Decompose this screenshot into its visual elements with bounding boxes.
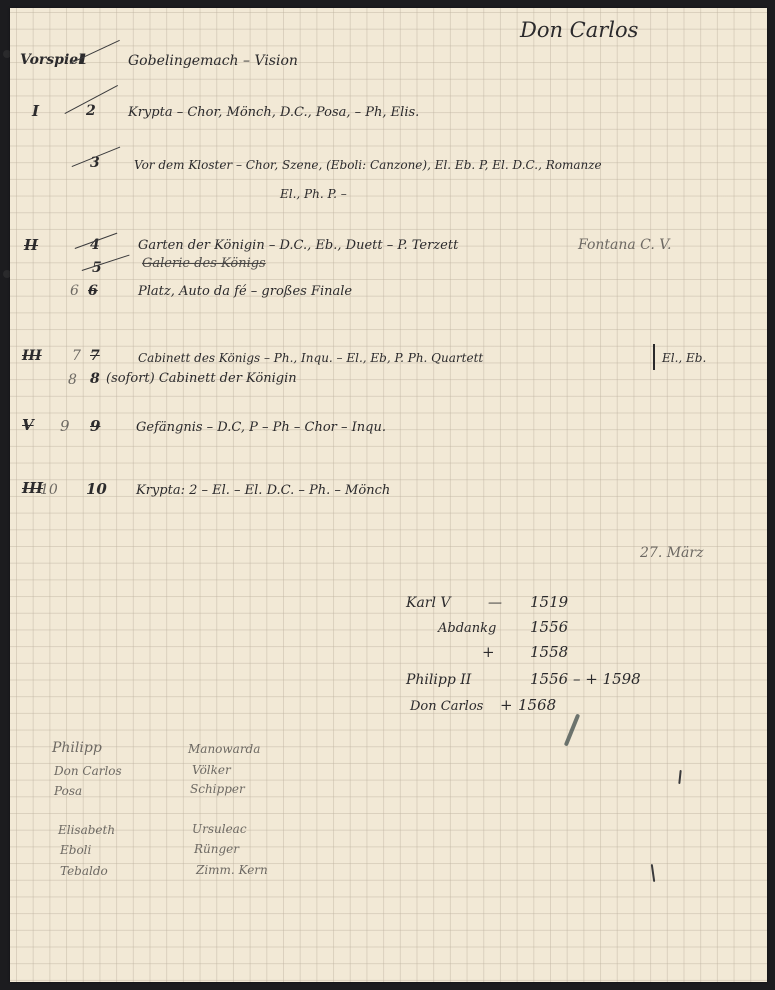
scene-number: 2 bbox=[86, 104, 96, 118]
scene-text: Gefängnis – D.C, P – Ph – Chor – Inqu. bbox=[136, 421, 386, 434]
scene-text: Garten der Königin – D.C., Eb., Duett – … bbox=[138, 239, 458, 252]
chronology-label: Philipp II bbox=[406, 673, 471, 687]
cast-singer: Völker bbox=[192, 764, 231, 776]
chronology-label: Abdankg bbox=[438, 622, 496, 635]
scene-text: Cabinett des Königs – Ph., Inqu. – El., … bbox=[138, 352, 483, 364]
scene-number-pencil: 9 bbox=[60, 419, 70, 434]
chronology-label: Don Carlos bbox=[410, 700, 483, 713]
scene-text: Vor dem Kloster – Chor, Szene, (Eboli: C… bbox=[134, 159, 602, 171]
scene-number-pencil: 6 bbox=[70, 284, 79, 298]
scene-text: Krypta: 2 – El. – El. D.C. – Ph. – Mönch bbox=[136, 484, 390, 497]
manuscript-page: Don Carlos Vorspiel 1 Gobelingemach – Vi… bbox=[10, 8, 767, 982]
scene-annotation: Fontana C. V. bbox=[578, 238, 671, 252]
cast-role: Tebaldo bbox=[60, 865, 108, 877]
chronology-label: Karl V bbox=[406, 596, 451, 610]
stray-pencil-mark bbox=[678, 770, 681, 784]
scene-number: 8 bbox=[90, 372, 100, 386]
check-mark-icon bbox=[82, 255, 130, 271]
scene-number: 10 bbox=[86, 482, 107, 497]
scene-number-pencil: 8 bbox=[68, 373, 77, 387]
brace-mark bbox=[653, 344, 655, 370]
scene-number-old: 9 bbox=[90, 419, 100, 434]
scene-text: Gobelingemach – Vision bbox=[128, 54, 298, 68]
cast-role: Posa bbox=[54, 785, 82, 797]
cast-singer: Manowarda bbox=[188, 743, 260, 755]
chronology-value: 1568 bbox=[518, 698, 556, 713]
cast-role: Philipp bbox=[52, 741, 102, 755]
act-label: III bbox=[22, 349, 42, 363]
stray-pencil-mark bbox=[651, 864, 655, 882]
scene-text-continuation: El., Ph. P. – bbox=[280, 188, 347, 200]
scene-number-pencil: 10 bbox=[40, 483, 58, 497]
date-note: 27. März bbox=[640, 546, 703, 560]
document-title: Don Carlos bbox=[520, 20, 638, 41]
cast-role: Eboli bbox=[60, 844, 91, 856]
scene-text: (sofort) Cabinett der Königin bbox=[106, 372, 297, 385]
act-label: V bbox=[22, 418, 34, 433]
scene-text: Galerie des Königs bbox=[142, 257, 266, 270]
chronology-value: 1519 bbox=[530, 595, 568, 610]
chronology-value: 1556 bbox=[530, 620, 568, 635]
chronology-value: 1556 – + 1598 bbox=[530, 672, 641, 687]
scene-number-old: 7 bbox=[90, 349, 100, 363]
chronology-label: + bbox=[482, 645, 495, 660]
cast-role: Elisabeth bbox=[58, 824, 115, 836]
scene-text: Platz, Auto da fé – großes Finale bbox=[138, 285, 352, 298]
scene-text: Krypta – Chor, Mönch, D.C., Posa, – Ph, … bbox=[128, 106, 419, 119]
scene-annotation: El., Eb. bbox=[662, 352, 706, 364]
chronology-sep: + bbox=[500, 698, 513, 713]
chronology-value: 1558 bbox=[530, 645, 568, 660]
act-label: I bbox=[32, 104, 39, 119]
act-label: II bbox=[24, 238, 38, 253]
cast-role: Don Carlos bbox=[54, 765, 122, 777]
cast-singer: Ursuleac bbox=[192, 823, 247, 835]
scene-number-pencil: 7 bbox=[72, 349, 81, 363]
cast-singer: Zimm. Kern bbox=[196, 864, 268, 876]
cast-singer: Rünger bbox=[194, 843, 239, 855]
scene-number-old: 6 bbox=[88, 284, 98, 298]
chronology-sep: — bbox=[488, 596, 502, 610]
ink-smudge bbox=[564, 713, 580, 746]
cast-singer: Schipper bbox=[190, 783, 245, 795]
